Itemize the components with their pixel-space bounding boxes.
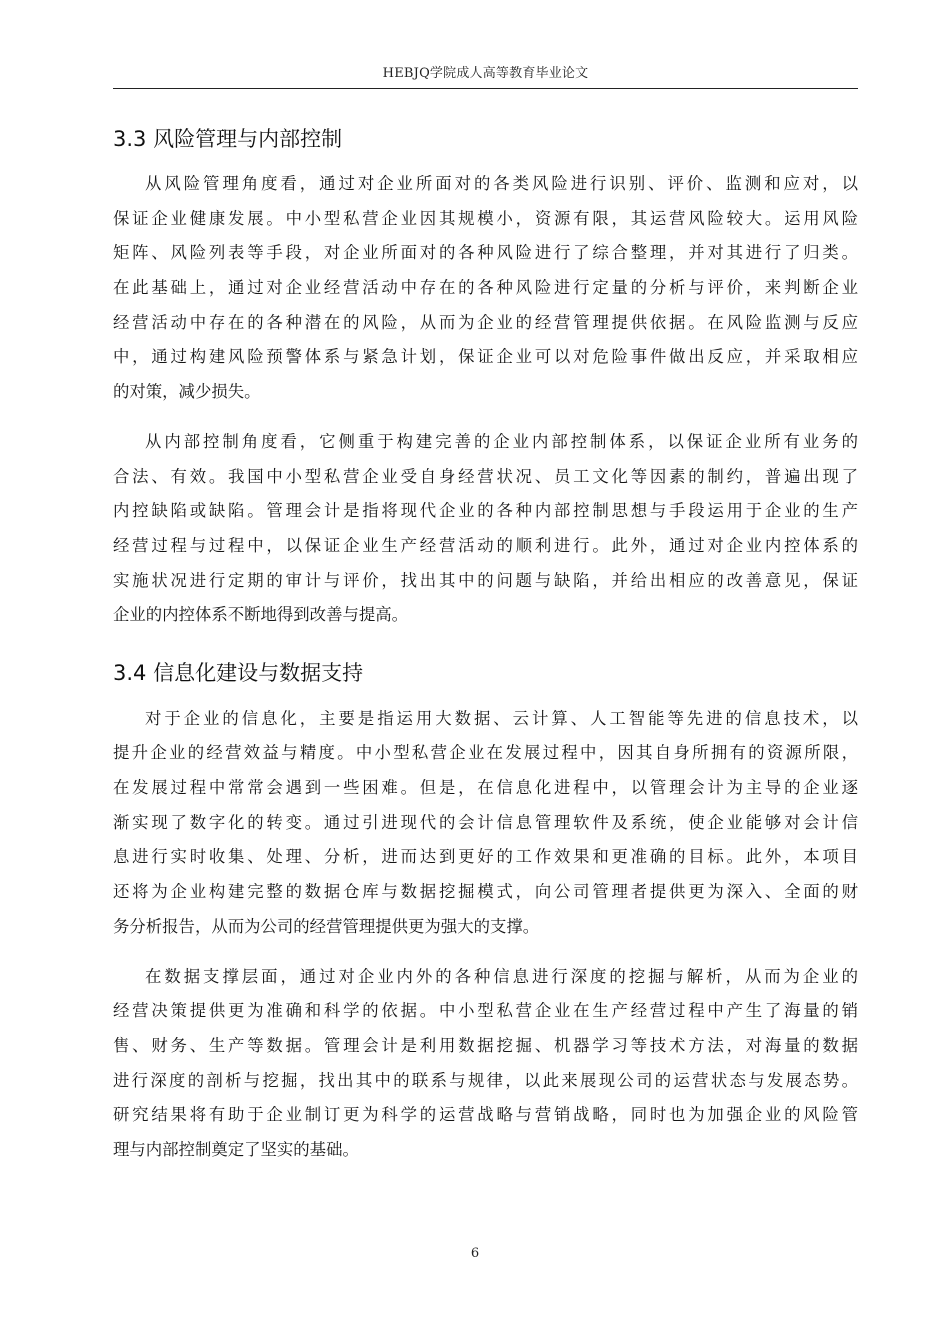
- paragraph-line: 合法、有效。我国中小型私营企业受自身经营状况、员工文化等因素的制约，普遍出现了: [113, 466, 858, 488]
- paragraph-line: 的对策，减少损失。: [113, 381, 858, 403]
- paragraph-line: 中，通过构建风险预警体系与紧急计划，保证企业可以对危险事件做出反应，并采取相应: [113, 346, 858, 368]
- page-number: 6: [0, 1246, 950, 1262]
- paragraph-line: 进行深度的剖析与挖掘，找出其中的联系与规律，以此来展现公司的运营状态与发展态势。: [113, 1070, 858, 1092]
- paragraph-line: 经营决策提供更为准确和科学的依据。中小型私营企业在生产经营过程中产生了海量的销: [113, 1000, 858, 1022]
- paragraph-line: 矩阵、风险列表等手段，对企业所面对的各种风险进行了综合整理，并对其进行了归类。: [113, 242, 858, 264]
- paragraph-line: 在此基础上，通过对企业经营活动中存在的各种风险进行定量的分析与评价，来判断企业: [113, 277, 858, 299]
- paragraph-line: 务分析报告，从而为公司的经营管理提供更为强大的支撑。: [113, 916, 858, 938]
- running-header: HEBJQ学院成人高等教育毕业论文: [113, 66, 858, 82]
- paragraph-line: 对于企业的信息化，主要是指运用大数据、云计算、人工智能等先进的信息技术，以: [145, 708, 858, 730]
- paragraph-line: 企业的内控体系不断地得到改善与提高。: [113, 604, 858, 626]
- section-heading-3-4: 3.4 信息化建设与数据支持: [113, 660, 363, 686]
- paragraph-line: 在数据支撑层面，通过对企业内外的各种信息进行深度的挖掘与解析，从而为企业的: [145, 966, 858, 988]
- paragraph-line: 渐实现了数字化的转变。通过引进现代的会计信息管理软件及系统，使企业能够对会计信: [113, 812, 858, 834]
- paragraph-line: 研究结果将有助于企业制订更为科学的运营战略与营销战略，同时也为加强企业的风险管: [113, 1104, 858, 1126]
- paragraph-line: 提升企业的经营效益与精度。中小型私营企业在发展过程中，因其自身所拥有的资源所限，: [113, 742, 858, 764]
- paragraph-line: 还将为企业构建完整的数据仓库与数据挖掘模式，向公司管理者提供更为深入、全面的财: [113, 881, 858, 903]
- paragraph-line: 保证企业健康发展。中小型私营企业因其规模小，资源有限，其运营风险较大。运用风险: [113, 208, 858, 230]
- paragraph-line: 售、财务、生产等数据。管理会计是利用数据挖掘、机器学习等技术方法，对海量的数据: [113, 1035, 858, 1057]
- paragraph-line: 经营过程与过程中，以保证企业生产经营活动的顺利进行。此外，通过对企业内控体系的: [113, 535, 858, 557]
- paragraph-line: 经营活动中存在的各种潜在的风险，从而为企业的经营管理提供依据。在风险监测与反应: [113, 312, 858, 334]
- paragraph-line: 内控缺陷或缺陷。管理会计是指将现代企业的各种内部控制思想与手段运用于企业的生产: [113, 500, 858, 522]
- paragraph-line: 理与内部控制奠定了坚实的基础。: [113, 1139, 858, 1161]
- section-heading-3-3: 3.3 风险管理与内部控制: [113, 126, 342, 152]
- document-page: HEBJQ学院成人高等教育毕业论文 3.3 风险管理与内部控制 从风险管理角度看…: [0, 0, 950, 1344]
- paragraph-line: 在发展过程中常常会遇到一些困难。但是，在信息化进程中，以管理会计为主导的企业逐: [113, 777, 858, 799]
- header-rule: [113, 88, 858, 89]
- paragraph-line: 息进行实时收集、处理、分析，进而达到更好的工作效果和更准确的目标。此外，本项目: [113, 846, 858, 868]
- paragraph-line: 从风险管理角度看，通过对企业所面对的各类风险进行识别、评价、监测和应对，以: [145, 173, 858, 195]
- paragraph-line: 实施状况进行定期的审计与评价，找出其中的问题与缺陷，并给出相应的改善意见，保证: [113, 570, 858, 592]
- paragraph-line: 从内部控制角度看，它侧重于构建完善的企业内部控制体系，以保证企业所有业务的: [145, 431, 858, 453]
